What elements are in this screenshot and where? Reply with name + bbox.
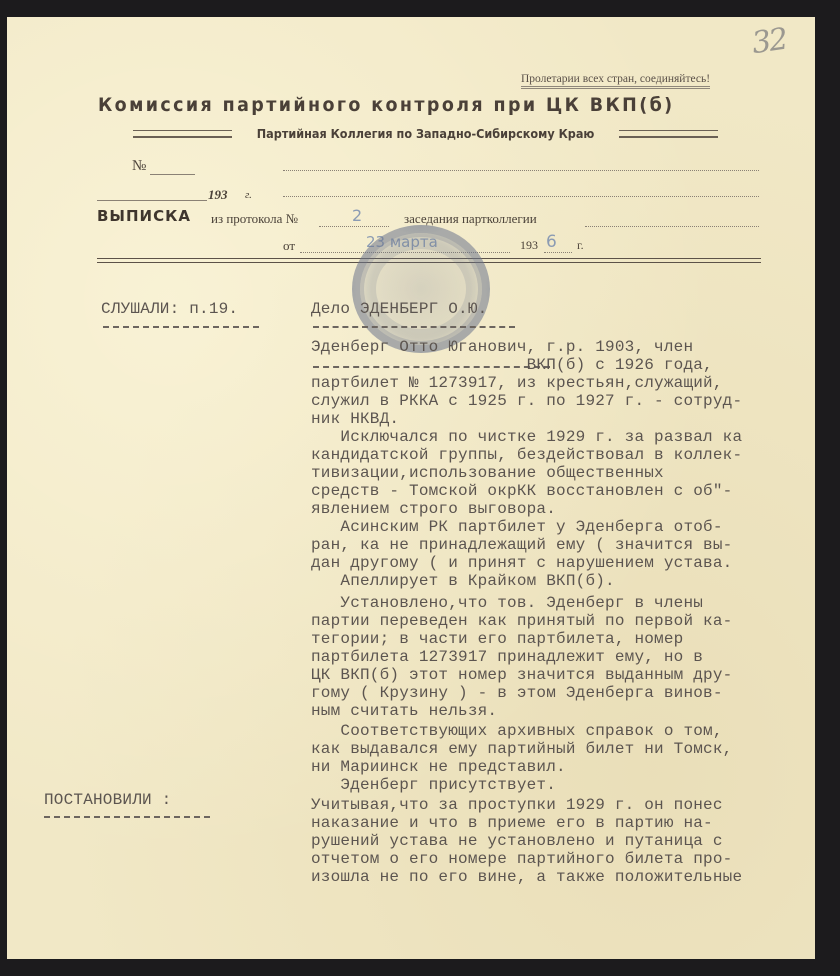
body-line: наказание и что в приеме его в партию на… bbox=[311, 814, 713, 832]
year-label: 193 bbox=[208, 187, 228, 203]
protocol-label: из протокола № bbox=[211, 211, 298, 227]
body-line: Асинским РК партбилет у Эденберга отоб- bbox=[311, 518, 723, 536]
body-line: служил в РККА с 1925 г. по 1927 г. - сот… bbox=[311, 392, 742, 410]
date-field bbox=[97, 200, 207, 201]
resolved-label: ПОСТАНОВИЛИ : bbox=[44, 791, 171, 809]
body-line: Эденберг Отто Юганович, г.р. 1903, член bbox=[311, 338, 693, 356]
body-line: Эденберг присутствует. bbox=[311, 776, 556, 794]
body-line: средств - Томской окрКК восстановлен с о… bbox=[311, 482, 732, 500]
protocol-number: 2 bbox=[352, 206, 362, 225]
body-line: партбилета 1273917 принадлежит ему, но в bbox=[311, 648, 703, 666]
body-line: дан другому ( и принят с нарушением уста… bbox=[311, 554, 732, 572]
date-year-digit: 6 bbox=[546, 232, 557, 252]
folio-number: 32 bbox=[750, 22, 789, 61]
body-line: тегории; в части его партбилета, номер bbox=[311, 630, 683, 648]
body-line: гому ( Крузину ) - в этом Эденберга вино… bbox=[311, 684, 723, 702]
decorative-rule-left bbox=[133, 130, 232, 138]
heard-label-underline bbox=[103, 326, 259, 328]
resolved-label-underline bbox=[44, 816, 210, 818]
body-line: партбилет № 1273917, из крестьян,служащи… bbox=[311, 374, 723, 392]
date-year-prefix: 193 bbox=[520, 238, 538, 253]
body-line: кандидатской группы, бездействовал в кол… bbox=[311, 446, 742, 464]
body-line: рушений устава не установлено и путаница… bbox=[311, 832, 723, 850]
body-line: ным считать нельзя. bbox=[311, 702, 497, 720]
body-line: Апеллирует в Крайком ВКП(б). bbox=[311, 572, 615, 590]
body-line: как выдавался ему партийный билет ни Том… bbox=[311, 740, 732, 758]
year-suffix: г. bbox=[245, 189, 252, 201]
decorative-rule-right bbox=[619, 130, 718, 138]
date-prefix: от bbox=[283, 238, 295, 254]
body-line: Соответствующих архивных справок о том, bbox=[311, 722, 723, 740]
body-line: тивизации,использование общественных bbox=[311, 464, 664, 482]
body-line: ни Мариинск не представил. bbox=[311, 758, 566, 776]
body-line: Исключался по чистке 1929 г. за развал к… bbox=[311, 428, 742, 446]
body-line: изошла не по его вине, а также положител… bbox=[311, 868, 742, 886]
body-line: ник НКВД. bbox=[311, 410, 399, 428]
body-line: ран, ка не принадлежащий ему ( значится … bbox=[311, 536, 732, 554]
heard-label: СЛУШАЛИ: п.19. bbox=[101, 300, 238, 318]
subtitle: Партийная Коллегия по Западно-Сибирскому… bbox=[257, 126, 595, 141]
subtitle-row: Партийная Коллегия по Западно-Сибирскому… bbox=[133, 126, 718, 141]
body-line: ВКП(б) с 1926 года, bbox=[311, 356, 713, 374]
blank-line-1 bbox=[283, 170, 759, 171]
slogan: Пролетарии всех стран, соединяйтесь! bbox=[521, 73, 710, 89]
body-line: Учитывая,что за проступки 1929 г. он пон… bbox=[311, 796, 723, 814]
blank-line-2 bbox=[283, 196, 759, 197]
case-title: Дело ЭДЕНБЕРГ О.Ю. bbox=[311, 300, 487, 318]
body-line: Установлено,что тов. Эденберг в члены bbox=[311, 594, 703, 612]
extract-row: ВЫПИСКА bbox=[97, 207, 191, 225]
number-label: № bbox=[132, 158, 146, 175]
body-line: ЦК ВКП(б) этот номер значится выданным д… bbox=[311, 666, 732, 684]
org-title: Комиссия партийного контроля при ЦК ВКП(… bbox=[98, 94, 705, 116]
body-line: отчетом о его номере партийного билета п… bbox=[311, 850, 732, 868]
body-line: явлением строго выговора. bbox=[311, 500, 556, 518]
official-seal-stamp bbox=[352, 225, 490, 353]
protocol-number-field bbox=[319, 226, 389, 227]
number-field bbox=[150, 174, 195, 175]
case-title-underline bbox=[313, 326, 515, 328]
date-suffix: г. bbox=[577, 238, 584, 253]
extract-label: ВЫПИСКА bbox=[97, 207, 191, 225]
blank-line-3 bbox=[585, 226, 759, 227]
date-year-field bbox=[544, 252, 572, 253]
body-line: партии переведен как принятый по первой … bbox=[311, 612, 732, 630]
